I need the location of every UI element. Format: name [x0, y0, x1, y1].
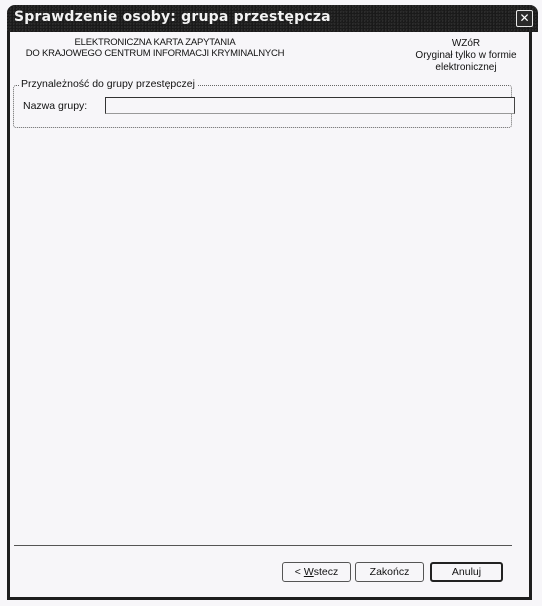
back-button[interactable]: < Wstecz: [282, 562, 351, 582]
original-note-line1: Oryginał tylko w formie: [396, 50, 536, 62]
group-membership-section: Przynależność do grupy przestępczej Nazw…: [13, 85, 512, 128]
group-name-label: Nazwa grupy:: [23, 100, 87, 112]
footer-separator: [14, 545, 512, 546]
back-button-label: stecz: [314, 566, 339, 578]
back-button-prefix: <: [295, 566, 304, 578]
group-name-input[interactable]: [105, 97, 515, 114]
form-header-title: ELEKTRONICZNA KARTA ZAPYTANIA DO KRAJOWE…: [0, 37, 310, 59]
group-membership-legend: Przynależność do grupy przestępczej: [19, 78, 197, 90]
header-title-line1: ELEKTRONICZNA KARTA ZAPYTANIA: [0, 37, 310, 48]
original-note-line2: elektronicznej: [396, 62, 536, 74]
back-button-accelerator: W: [304, 566, 314, 578]
close-icon: ✕: [519, 11, 529, 25]
cancel-button[interactable]: Anuluj: [430, 562, 503, 582]
header-title-line2: DO KRAJOWEGO CENTRUM INFORMACJI KRYMINAL…: [0, 48, 310, 59]
close-button[interactable]: ✕: [516, 10, 533, 27]
form-template-note: WZóR Oryginał tylko w formie elektronicz…: [396, 38, 536, 74]
finish-button[interactable]: Zakończ: [355, 562, 424, 582]
window-title: Sprawdzenie osoby: grupa przestępcza: [14, 9, 331, 25]
title-bar[interactable]: Sprawdzenie osoby: grupa przestępcza ✕: [7, 5, 538, 32]
template-label: WZóR: [396, 38, 536, 50]
